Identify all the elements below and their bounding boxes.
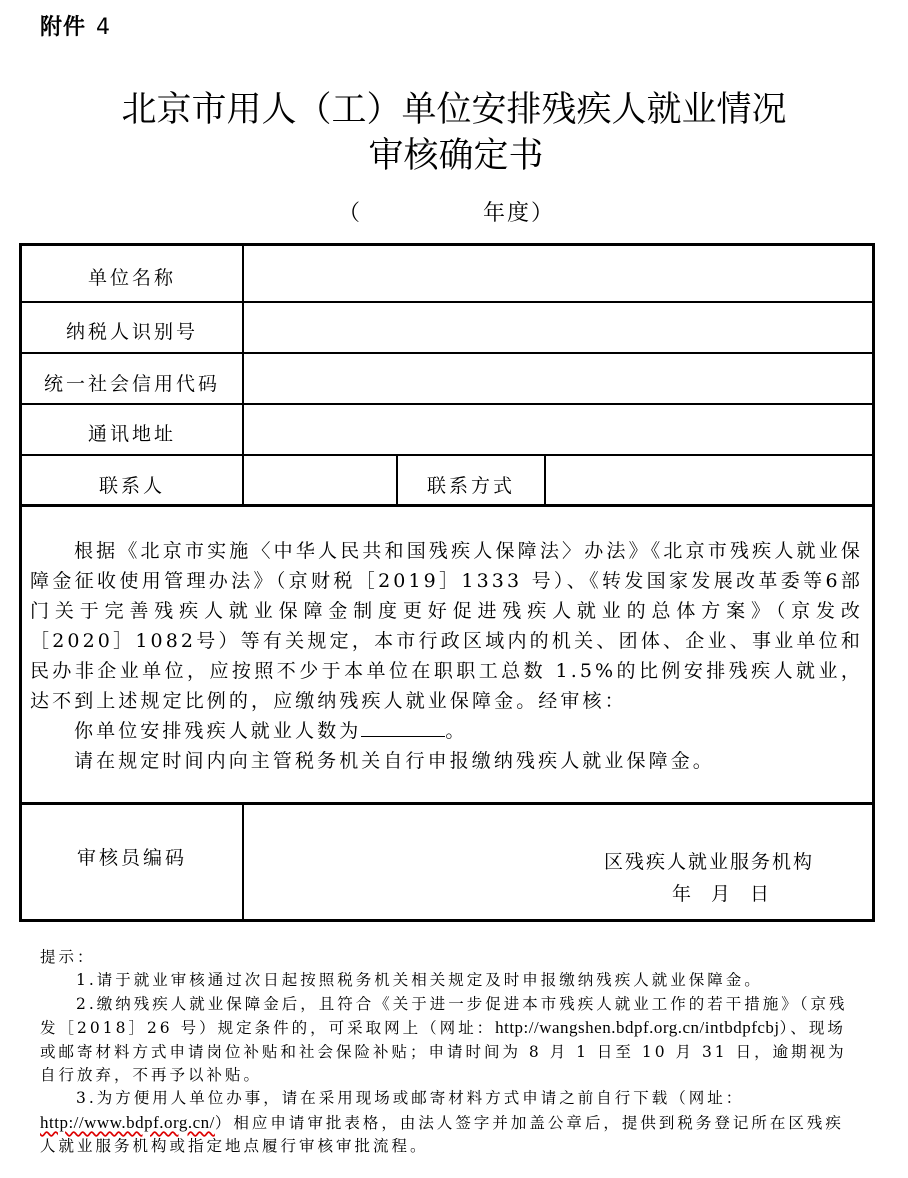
label-taxpayer-id: 纳税人识别号 [22,320,242,344]
signature-date: 年月日 [672,880,789,908]
label-contact-method: 联系方式 [398,474,544,498]
label-credit-code: 统一社会信用代码 [22,372,242,396]
credit-code-field[interactable] [245,355,871,403]
address-field[interactable] [245,406,871,454]
determination-text: 根据《北京市实施〈中华人民共和国残疾人保障法〉办法》《北京市残疾人就业保障金征收… [30,536,863,776]
note-item-3-text: 3.为方便用人单位办事，请在采用现场或邮寄材料方式申请之前自行下载（网址： [76,1089,744,1107]
attachment-number: 4 [96,15,111,40]
row-divider [19,454,875,456]
employed-count-blank[interactable] [361,718,445,737]
date-month: 月 [711,883,730,905]
attachment-text: 附件 [40,15,86,40]
table-border-left [19,243,22,922]
col-divider [544,455,546,506]
notes-section: 提示： 1.请于就业审核通过次日起按照税务机关相关规定及时申报缴纳残疾人就业保障… [40,946,854,1159]
attachment-label: 附件4 [40,10,111,41]
contact-person-field[interactable] [245,457,395,504]
taxpayer-id-field[interactable] [245,304,871,352]
row-divider [19,504,875,507]
date-day: 日 [750,883,769,905]
row-divider [19,301,875,303]
label-unit-name: 单位名称 [22,266,242,290]
bdpf-link[interactable]: http://www.bdpf.org.cn/ [40,1113,215,1132]
note-item-1: 1.请于就业审核通过次日起按照税务机关相关规定及时申报缴纳残疾人就业保障金。 [40,969,854,992]
employed-count-suffix: 。 [445,720,467,742]
note-item-3: 3.为方便用人单位办事，请在采用现场或邮寄材料方式申请之前自行下载（网址：htt… [40,1087,854,1158]
regulation-paragraph: 根据《北京市实施〈中华人民共和国残疾人保障法〉办法》《北京市残疾人就业保障金征收… [30,536,863,716]
year-label: 年度） [483,200,555,228]
row-divider [19,403,875,405]
district-org-label: 区残疾人就业服务机构 [604,848,814,876]
contact-method-field[interactable] [547,457,871,504]
declaration-instruction: 请在规定时间内向主管税务机关自行申报缴纳残疾人就业保障金。 [30,746,863,776]
page-subtitle: 审核确定书 [0,134,908,178]
table-border-right [872,243,875,922]
employed-count-line: 你单位安排残疾人就业人数为。 [30,716,863,746]
page-title: 北京市用人（工）单位安排残疾人就业情况 [0,88,908,132]
notes-heading: 提示： [40,946,854,969]
label-address: 通讯地址 [22,422,242,446]
auditor-code-field[interactable] [245,806,585,918]
employed-count-prefix: 你单位安排残疾人就业人数为 [74,720,361,742]
row-divider [19,802,875,805]
unit-name-field[interactable] [245,247,871,301]
col-divider [242,803,244,921]
col-divider [242,243,244,506]
year-open-paren: （ [338,200,360,228]
label-auditor-code: 审核员编码 [22,846,242,870]
table-border-bottom [19,919,875,922]
row-divider [19,352,875,354]
note-item-2: 2.缴纳残疾人就业保障金后，且符合《关于进一步促进本市残疾人就业工作的若干措施》… [40,993,854,1088]
label-contact-person: 联系人 [22,474,242,498]
table-border-top [19,243,875,246]
date-year: 年 [672,883,691,905]
wangshen-link[interactable]: http://wangshen.bdpf.org.cn/intbdpfcbj [495,1018,780,1037]
